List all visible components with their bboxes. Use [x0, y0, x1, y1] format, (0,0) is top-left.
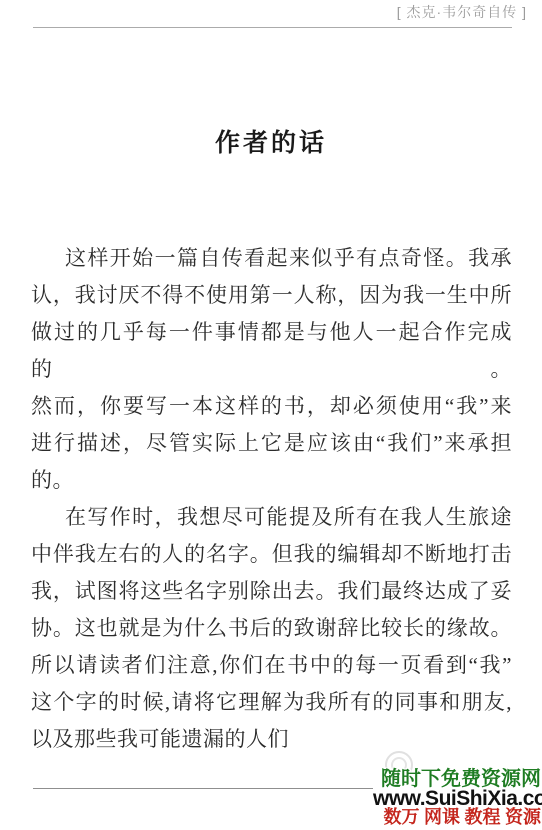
body-text-line: 我，试图将这些名字别除出去。我们最终达成了妥 [31, 573, 512, 610]
chapter-title: 作者的话 [0, 127, 542, 161]
body-text-line: 中伴我左右的人的名字。但我的编辑却不断地打击 [31, 536, 512, 573]
body-text-line: 在写作时，我想尽可能提及所有在我人生旅途 [31, 499, 512, 536]
watermark-site-url: www.SuiShiXia.com [373, 789, 541, 808]
body-text-line: 这个字的时候,请将它理解为我所有的同事和朋友, [31, 684, 512, 721]
body-text-line: 的。 [31, 462, 512, 499]
body-text-line: 协。这也就是为什么书后的致谢辞比较长的缘故。 [31, 610, 512, 647]
watermark-tagline: 数万 网课 教程 资源 [373, 808, 541, 827]
book-page: [ 杰克·韦尔奇自传 ] 作者的话 这样开始一篇自传看起来似乎有点奇怪。我承认，… [0, 0, 542, 830]
body-text-line: 进行描述，尽管实际上它是应该由“我们”来承担 [31, 425, 512, 462]
watermark: 随时下免费资源网 www.SuiShiXia.com 数万 网课 教程 资源 [373, 749, 541, 829]
watermark-site-name: 随时下免费资源网 [373, 769, 541, 789]
body-text-line: 所以请读者们注意,你们在书中的每一页看到“我” [31, 647, 512, 684]
body-text-line: 这样开始一篇自传看起来似乎有点奇怪。我承 [31, 240, 512, 277]
header-divider-line [33, 27, 512, 28]
page-header-book-title: [ 杰克·韦尔奇自传 ] [397, 4, 527, 20]
body-text-line: 然而，你要写一本这样的书，却必须使用“我”来 [31, 388, 512, 425]
body-text-line: 做过的几乎每一件事情都是与他人一起合作完成的。 [31, 314, 512, 388]
body-text: 这样开始一篇自传看起来似乎有点奇怪。我承认，我讨厌不得不使用第一人称，因为我一生… [31, 240, 512, 758]
body-text-line: 认，我讨厌不得不使用第一人称，因为我一生中所 [31, 277, 512, 314]
